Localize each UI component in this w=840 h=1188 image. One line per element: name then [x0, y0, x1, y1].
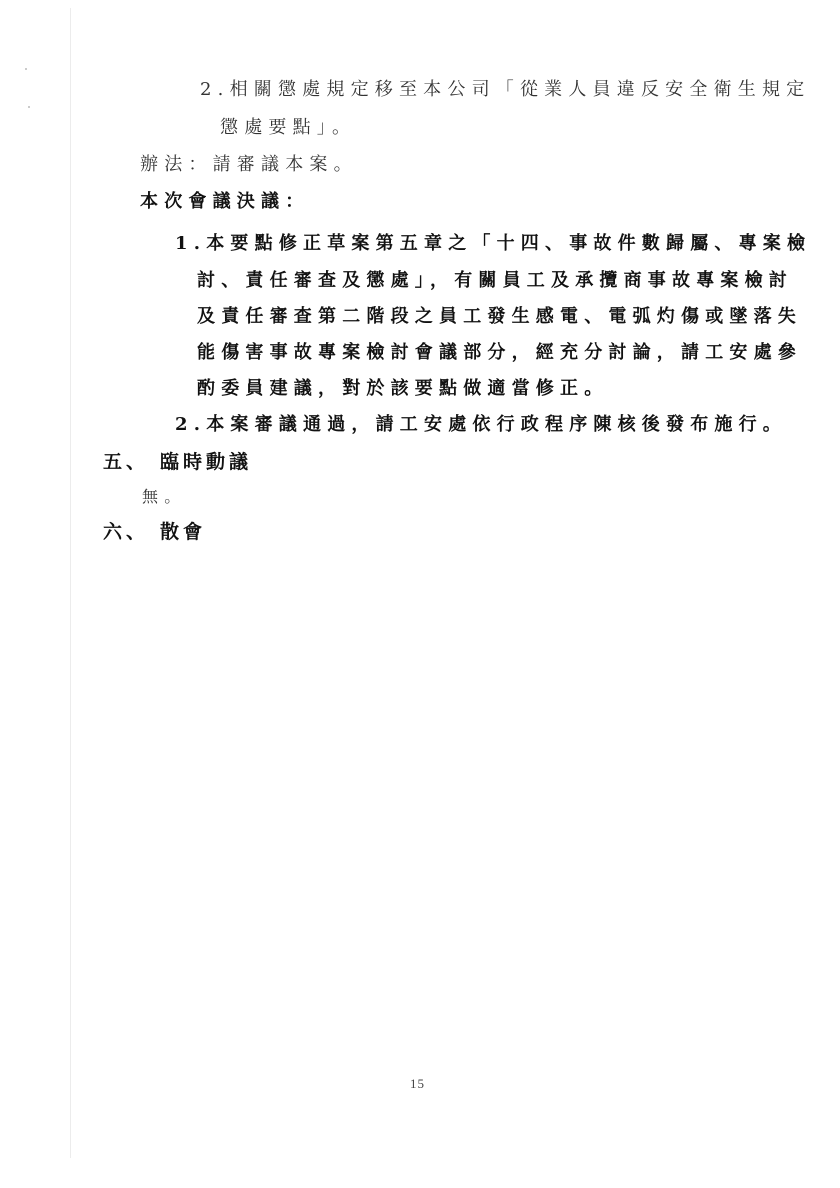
- scan-speck: [28, 106, 30, 108]
- resolution-item-1-line: 能傷害事故專案檢討會議部分，經充分討論，請工安處參: [197, 341, 802, 365]
- resolution-item-1-line: 1.本要點修正草案第五章之「十四、事故件數歸屬、專案檢: [175, 232, 811, 256]
- resolution-item-1-line: 酌委員建議，對於該要點做適當修正。: [197, 377, 608, 401]
- section-number: 五、: [103, 450, 149, 474]
- continuation-item2-line2: 懲處要點」。: [220, 116, 356, 140]
- resolution-heading: 本次會議決議：: [140, 190, 309, 214]
- scan-speck: [25, 68, 27, 70]
- section-number: 六、: [103, 520, 149, 544]
- section-title: 臨時動議: [160, 450, 252, 474]
- resolution-item-1-line: 討、責任審查及懲處」，有關員工及承攬商事故專案檢討: [197, 269, 793, 293]
- resolution-item-2-line: 2.本案審議通過，請工安處依行政程序陳核後發布施行。: [175, 413, 787, 437]
- method-text: 辦法：請審議本案。: [140, 153, 358, 177]
- continuation-item2-line1: 2.相關懲處規定移至本公司「從業人員違反安全衛生規定: [200, 78, 810, 102]
- resolution-item-1-line: 及責任審查第二階段之員工發生感電、電弧灼傷或墜落失: [197, 305, 802, 329]
- section-body: 無。: [142, 485, 186, 509]
- scan-edge-line: [70, 8, 71, 1158]
- section-title: 散會: [160, 520, 206, 544]
- page-number: 15: [410, 1076, 425, 1092]
